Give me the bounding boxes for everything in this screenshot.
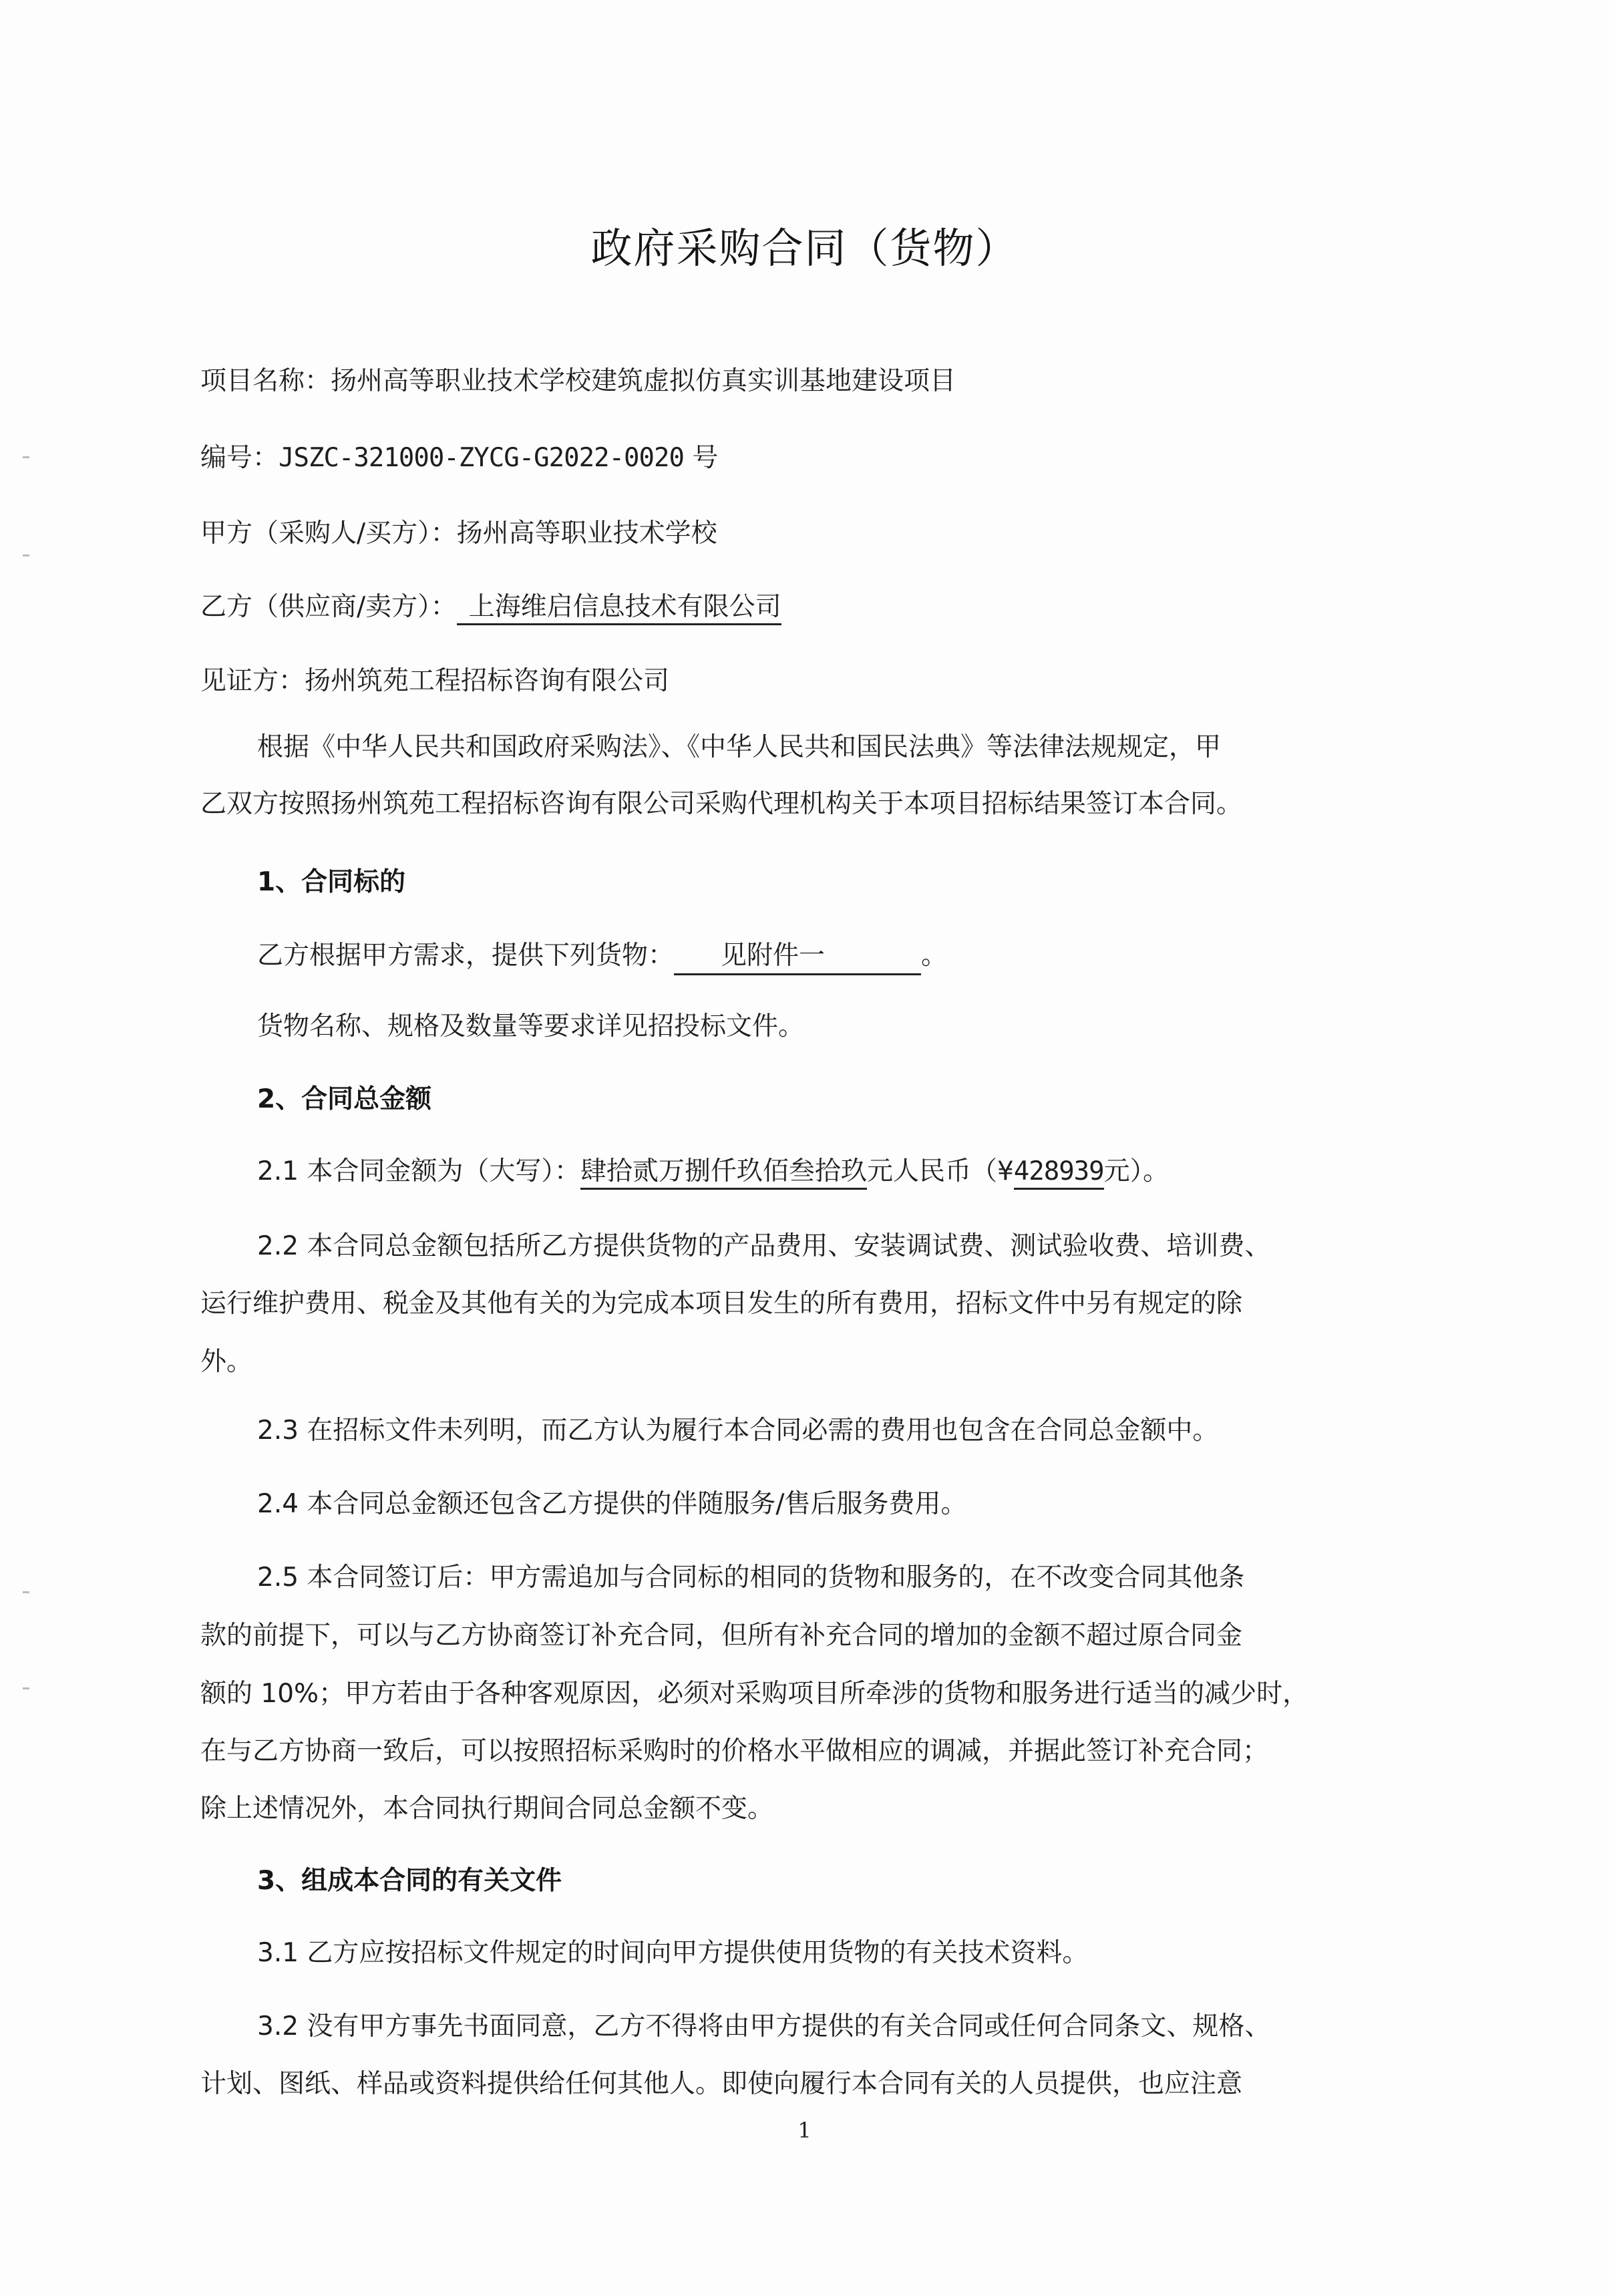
clause-3-1: 3.1 乙方应按招标文件规定的时间向甲方提供使用货物的有关技术资料。 — [257, 1937, 1088, 1969]
contract-number-label: 编号： — [200, 443, 279, 473]
witness-value: 扬州筑苑工程招标咨询有限公司 — [305, 666, 669, 696]
clause-2-1-prefix: 2.1 本合同金额为（大写）： — [257, 1156, 580, 1186]
clause-2-2-line-1: 2.2 本合同总金额包括所乙方提供货物的产品费用、安装调试费、测试验收费、培训费… — [257, 1231, 1270, 1263]
clause-2-1-middle: 元人民币（¥ — [867, 1156, 1014, 1186]
section-1-goods-row: 乙方根据甲方需求，提供下列货物：见附件一。 — [257, 940, 947, 975]
scan-mark — [23, 1591, 29, 1593]
clause-2-5-line-5: 除上述情况外，本合同执行期间合同总金额不变。 — [200, 1793, 773, 1825]
preamble-line-1: 根据《中华人民共和国政府采购法》、《中华人民共和国民法典》等法律法规规定，甲 — [257, 731, 1221, 764]
project-name-label: 项目名称： — [200, 366, 331, 396]
clause-2-4: 2.4 本合同总金额还包含乙方提供的伴随服务/售后服务费用。 — [257, 1488, 967, 1520]
clause-2-3: 2.3 在招标文件未列明，而乙方认为履行本合同必需的费用也包含在合同总金额中。 — [257, 1415, 1218, 1447]
party-b-row: 乙方（供应商/卖方）：上海维启信息技术有限公司 — [200, 591, 781, 623]
party-a-value: 扬州高等职业技术学校 — [457, 518, 717, 548]
document-title: 政府采购合同（货物） — [0, 215, 1609, 275]
contract-number-suffix: 号 — [692, 443, 718, 473]
witness-label: 见证方： — [200, 666, 305, 696]
clause-2-2-line-2: 运行维护费用、税金及其他有关的为完成本项目发生的所有费用，招标文件中另有规定的除 — [200, 1288, 1242, 1320]
contract-number-value: JSZC-321000-ZYCG-G2022-0020 — [279, 443, 684, 473]
contract-page: 政府采购合同（货物） 项目名称：扬州高等职业技术学校建筑虚拟仿真实训基地建设项目… — [0, 0, 1609, 2296]
witness-row: 见证方：扬州筑苑工程招标咨询有限公司 — [200, 665, 669, 697]
amount-in-words: 肆拾贰万捌仟玖佰叁拾玖 — [580, 1156, 867, 1190]
clause-2-5-line-1: 2.5 本合同签订后：甲方需追加与合同标的相同的货物和服务的，在不改变合同其他条 — [257, 1562, 1244, 1594]
party-a-row: 甲方（采购人/买方）：扬州高等职业技术学校 — [200, 518, 717, 550]
clause-2-5-line-2: 款的前提下，可以与乙方协商签订补充合同，但所有补充合同的增加的金额不超过原合同金 — [200, 1620, 1242, 1652]
clause-2-5-line-4: 在与乙方协商一致后，可以按照招标采购时的价格水平做相应的调减，并据此签订补充合同… — [200, 1736, 1268, 1768]
clause-2-5-line-3: 额的 10%；甲方若由于各种客观原因，必须对采购项目所牵涉的货物和服务进行适当的… — [200, 1678, 1308, 1710]
page-number: 1 — [0, 2118, 1609, 2143]
section-2-heading: 2、合同总金额 — [257, 1084, 431, 1116]
contract-number-row: 编号：JSZC-321000-ZYCG-G2022-0020 号 — [200, 442, 718, 474]
clause-2-1-suffix: 元）。 — [1104, 1156, 1170, 1186]
goods-suffix: 。 — [921, 941, 947, 971]
goods-prefix: 乙方根据甲方需求，提供下列货物： — [257, 941, 674, 971]
clause-3-2-line-2: 计划、图纸、样品或资料提供给任何其他人。即使向履行本合同有关的人员提供，也应注意 — [200, 2068, 1242, 2100]
party-b-value: 上海维启信息技术有限公司 — [457, 592, 781, 625]
clause-2-1: 2.1 本合同金额为（大写）：肆拾贰万捌仟玖佰叁拾玖元人民币（¥428939元）… — [257, 1156, 1169, 1188]
section-1-note: 货物名称、规格及数量等要求详见招投标文件。 — [257, 1011, 804, 1043]
goods-value: 见附件一 — [674, 940, 921, 975]
scan-mark — [23, 456, 29, 458]
amount-number: 428939 — [1014, 1156, 1104, 1190]
section-3-heading: 3、组成本合同的有关文件 — [257, 1865, 562, 1897]
party-a-label: 甲方（采购人/买方）： — [200, 518, 457, 548]
clause-2-2-line-3: 外。 — [200, 1346, 252, 1378]
scan-mark — [23, 1687, 29, 1689]
project-name-value: 扬州高等职业技术学校建筑虚拟仿真实训基地建设项目 — [331, 366, 956, 396]
preamble-line-2: 乙双方按照扬州筑苑工程招标咨询有限公司采购代理机构关于本项目招标结果签订本合同。 — [200, 788, 1242, 820]
section-1-heading: 1、合同标的 — [257, 866, 405, 898]
party-b-label: 乙方（供应商/卖方）： — [200, 592, 457, 622]
clause-3-2-line-1: 3.2 没有甲方事先书面同意，乙方不得将由甲方提供的有关合同或任何合同条文、规格… — [257, 2011, 1270, 2043]
project-name-row: 项目名称：扬州高等职业技术学校建筑虚拟仿真实训基地建设项目 — [200, 365, 956, 397]
scan-mark — [23, 554, 29, 556]
